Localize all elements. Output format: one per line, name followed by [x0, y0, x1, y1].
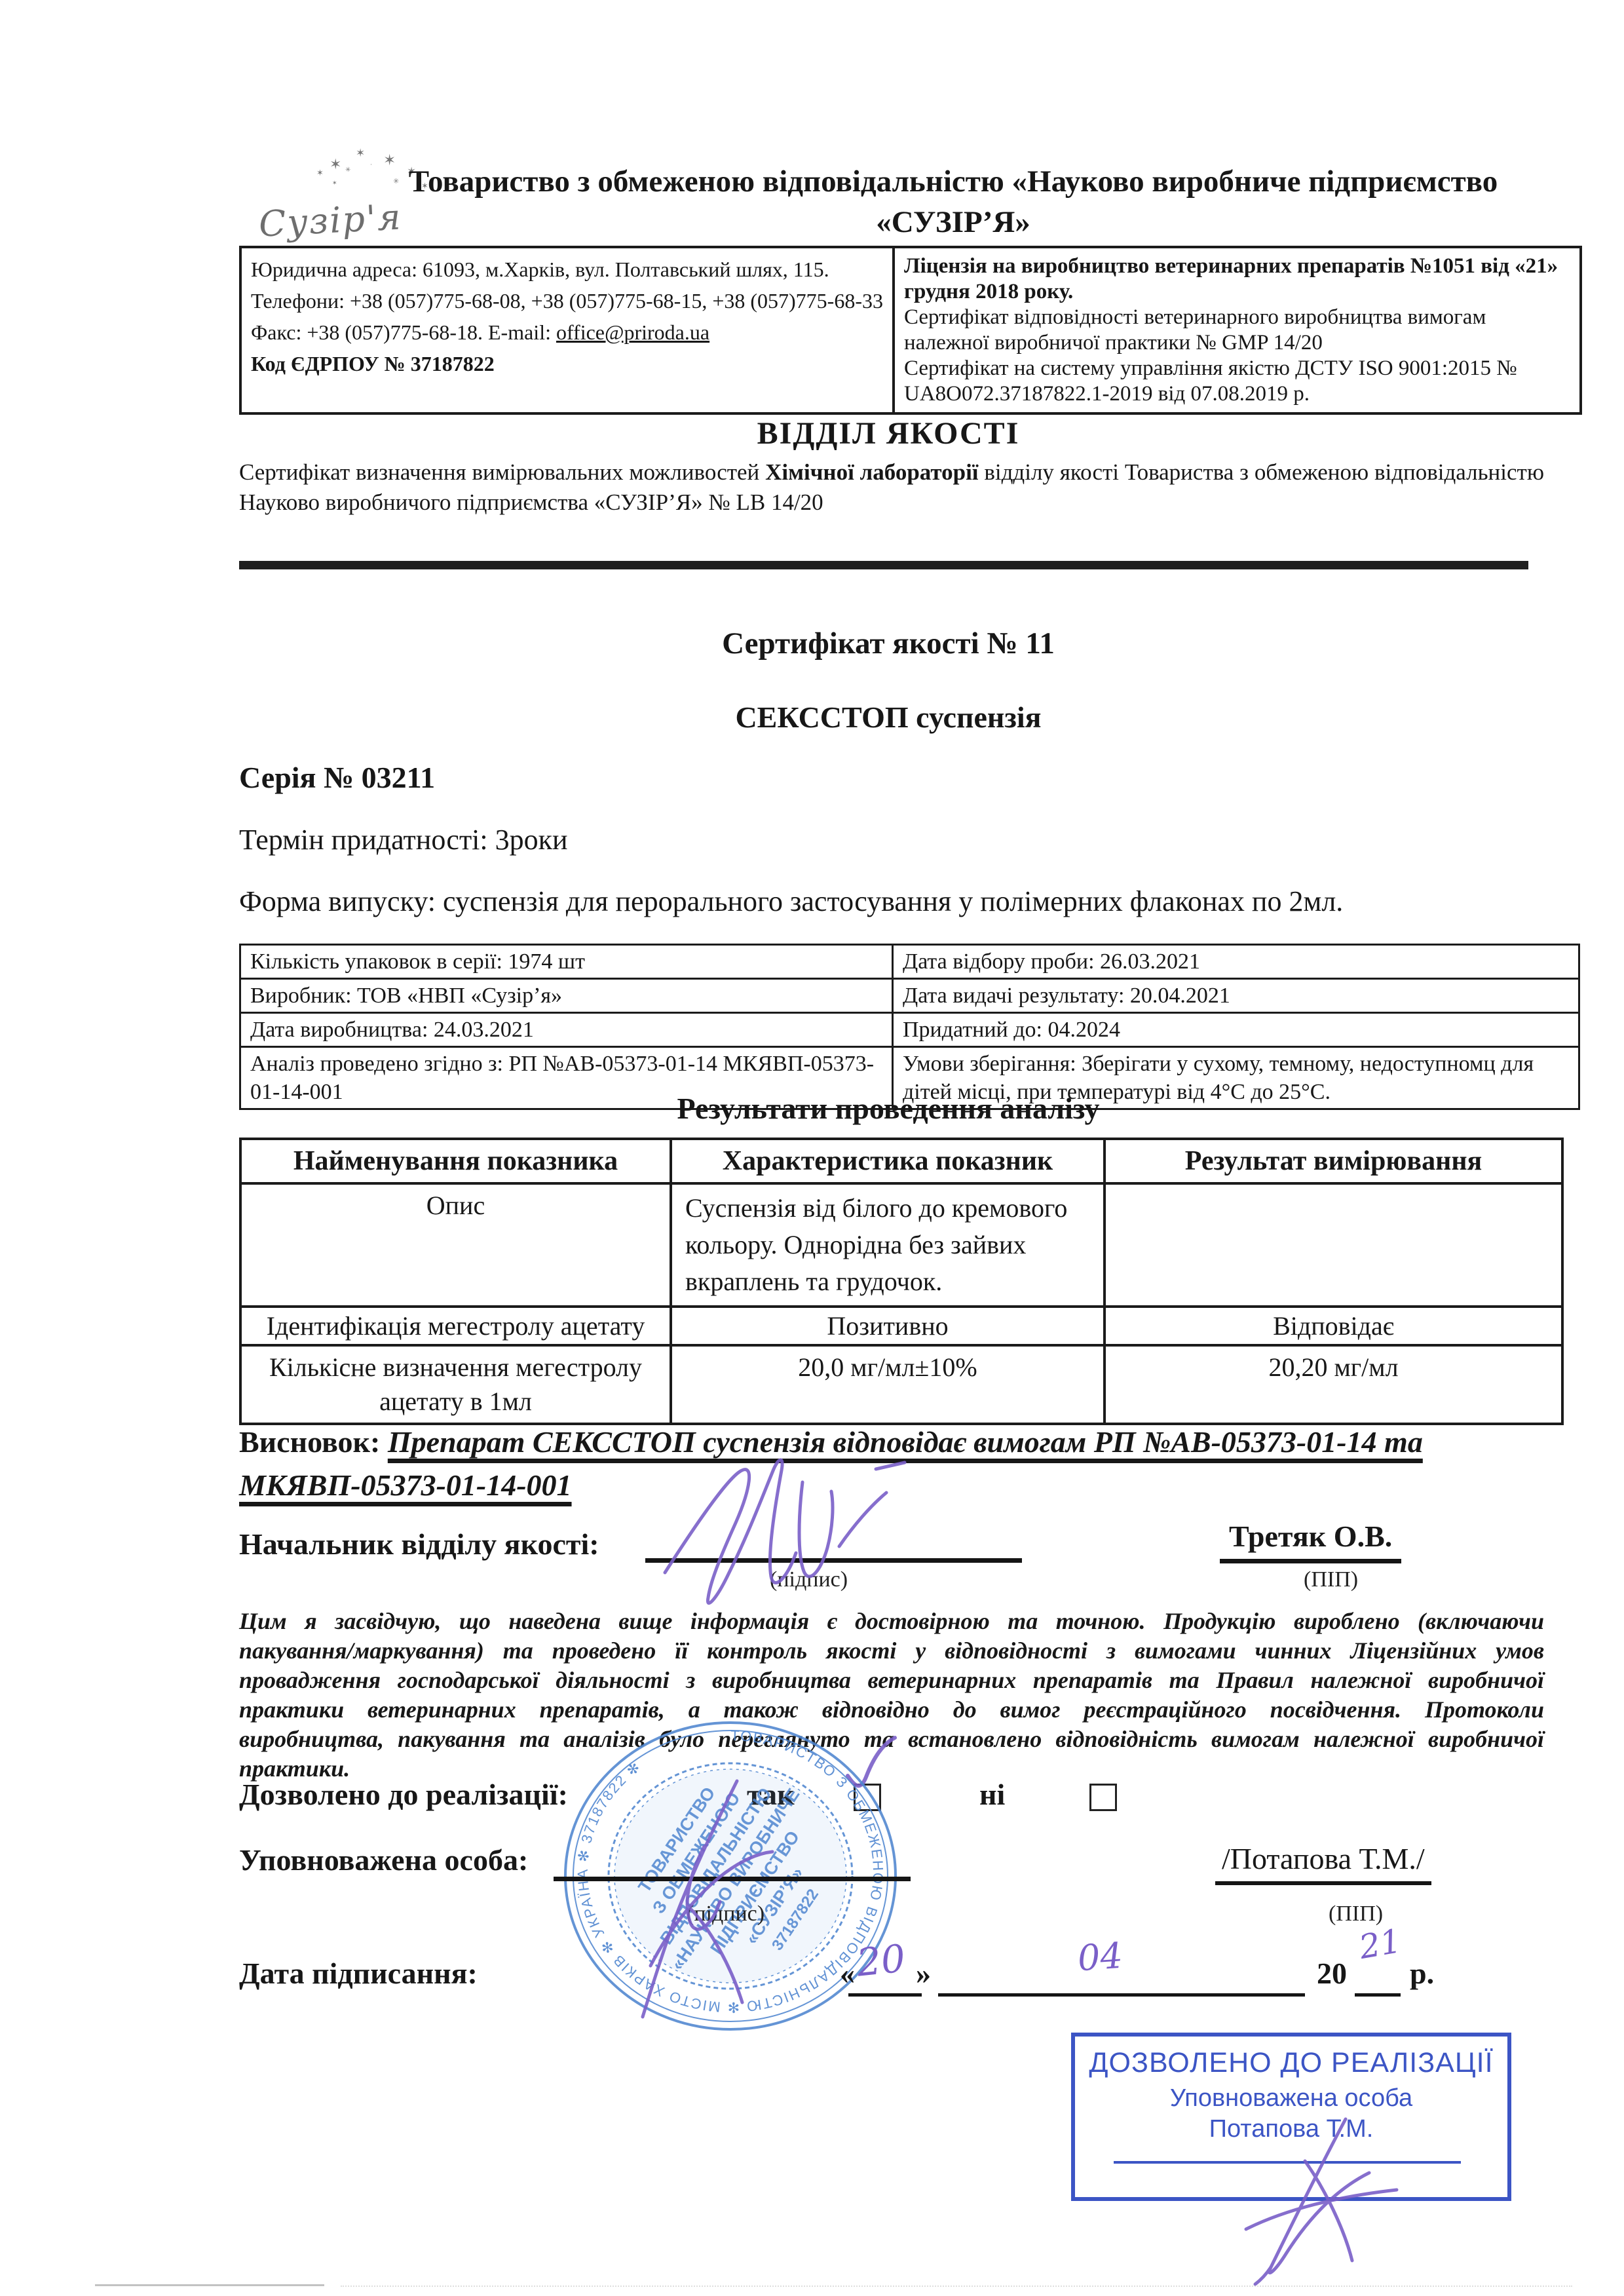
conclusion-label: Висновок:: [239, 1425, 388, 1459]
indicator-result: [1105, 1183, 1562, 1307]
indicator-characteristic: Позитивно: [671, 1307, 1105, 1345]
shelf-life: Термін придатності: 3роки: [239, 823, 568, 856]
analysis-results-table: Найменування показника Характеристика по…: [239, 1138, 1564, 1425]
conclusion-text: Препарат СЕКССТОП суспензія відповідає в…: [239, 1425, 1423, 1502]
quality-certificate-document: ✶ ✶ ✶ ✶ ✶ ✶ ✳ · ✳ ✶ Сузір'я Товариство з…: [0, 0, 1624, 2296]
manufacturer-cell: Виробник: ТОВ «НВП «Сузір’я»: [240, 979, 893, 1013]
product-name: СЕКССТОП суспензія: [239, 700, 1538, 735]
month-underline: [938, 1993, 1305, 1997]
table-row: Кількість упаковок в серії: 1974 шт Дата…: [240, 945, 1579, 979]
indicator-characteristic: 20,0 мг/мл±10%: [671, 1345, 1105, 1424]
star-icon: ✳: [345, 166, 350, 174]
gmp-certificate-text: Сертифікат відповідності ветеринарного в…: [904, 305, 1570, 356]
signing-date-label: Дата підписання:: [239, 1956, 478, 1991]
table-row: Юридична адреса: 61093, м.Харків, вул. П…: [240, 247, 1581, 413]
horizontal-rule: [239, 561, 1528, 569]
company-contacts-cell: Юридична адреса: 61093, м.Харків, вул. П…: [240, 247, 894, 413]
scan-artifact-line: [341, 2286, 1572, 2287]
company-title-line2: «СУЗІР’Я»: [367, 202, 1539, 242]
sample-date-cell: Дата відбору проби: 26.03.2021: [893, 945, 1579, 979]
table-row: Дата виробництва: 24.03.2021 Придатний д…: [240, 1013, 1579, 1047]
signature-line: [554, 1877, 911, 1881]
series-number: Серія № 03211: [239, 760, 435, 795]
release-label: Дозволено до реалізації:: [239, 1777, 568, 1812]
year-prefix: 20: [1317, 1956, 1347, 1991]
handwritten-year: 21: [1356, 1922, 1404, 1966]
company-info-table: Юридична адреса: 61093, м.Харків, вул. П…: [239, 246, 1582, 415]
date-open-quote: «: [840, 1956, 855, 1991]
results-section-title: Результати проведення аналізу: [239, 1091, 1538, 1126]
packs-count-cell: Кількість упаковок в серії: 1974 шт: [240, 945, 893, 979]
lab-cert-prefix: Сертифікат визначення вимірювальних можл…: [239, 459, 765, 485]
edrpou-code: Код ЄДРПОУ № 37187822: [251, 348, 883, 379]
legal-address: Юридична адреса: 61093, м.Харків, вул. П…: [251, 258, 829, 281]
indicator-name: Кількісне визначення мегестролу ацетату …: [240, 1345, 671, 1424]
conclusion-paragraph: Висновок: Препарат СЕКССТОП суспензія ві…: [239, 1421, 1546, 1507]
license-text: Ліцензія на виробництво ветеринарних пре…: [904, 254, 1570, 305]
scan-artifact-line: [95, 2284, 324, 2286]
release-form: Форма випуску: суспензія для пероральног…: [239, 885, 1343, 918]
no-checkbox: [1089, 1784, 1117, 1811]
signature-line: [645, 1558, 1022, 1563]
star-icon: ✶: [330, 156, 341, 173]
indicator-result: Відповідає: [1105, 1307, 1562, 1345]
stamp-role: Уповноважена особа: [1075, 2084, 1507, 2113]
qa-head-name: Третяк О.В.: [1220, 1519, 1401, 1563]
name-caption: (ПІП): [1329, 1902, 1383, 1926]
column-header-characteristic: Характеристика показник: [671, 1139, 1105, 1183]
stamp-person: Потапова Т.М.: [1075, 2115, 1507, 2143]
indicator-characteristic: Суспензія від білого до кремового кольор…: [671, 1183, 1105, 1307]
signature-caption: (підпис): [687, 1902, 765, 1926]
company-title: Товариство з обмеженою відповідальністю …: [367, 161, 1539, 242]
table-header-row: Найменування показника Характеристика по…: [240, 1139, 1562, 1183]
day-underline: [848, 1993, 922, 1997]
table-row: Ідентифікація мегестролу ацетату Позитив…: [240, 1307, 1562, 1345]
column-header-name: Найменування показника: [240, 1139, 671, 1183]
iso-certificate-text: Сертифікат на систему управління якістю …: [904, 356, 1570, 407]
star-icon: ✶: [316, 168, 324, 178]
production-date-cell: Дата виробництва: 24.03.2021: [240, 1013, 893, 1047]
star-icon: ✶: [332, 180, 337, 187]
handwritten-month: 04: [1076, 1935, 1124, 1980]
result-date-cell: Дата видачі результату: 20.04.2021: [893, 979, 1579, 1013]
name-caption: (ПІП): [1304, 1567, 1358, 1592]
table-row: Виробник: ТОВ «НВП «Сузір’я» Дата видачі…: [240, 979, 1579, 1013]
batch-details-table: Кількість упаковок в серії: 1974 шт Дата…: [239, 944, 1580, 1110]
authorized-person-name: /Потапова Т.М./: [1215, 1841, 1431, 1885]
lab-certificate-paragraph: Сертифікат визначення вимірювальних можл…: [239, 457, 1544, 518]
indicator-name: Опис: [240, 1183, 671, 1307]
company-title-line1: Товариство з обмеженою відповідальністю …: [367, 161, 1539, 202]
stamp-title: ДОЗВОЛЕНО ДО РЕАЛІЗАЦІЇ: [1075, 2047, 1507, 2079]
star-icon: ✶: [356, 147, 365, 160]
column-header-result: Результат вимірювання: [1105, 1139, 1562, 1183]
email-text: office@priroda.ua: [556, 320, 709, 344]
indicator-name: Ідентифікація мегестролу ацетату: [240, 1307, 671, 1345]
signature-caption: (підпис): [770, 1567, 848, 1592]
certificate-title: Сертифікат якості № 11: [239, 626, 1538, 661]
date-close-quote: »: [916, 1956, 931, 1991]
year-suffix: р.: [1410, 1956, 1434, 1991]
release-no-label: ні: [979, 1777, 1005, 1812]
expiry-date-cell: Придатний до: 04.2024: [893, 1013, 1579, 1047]
lab-cert-bold: Хімічної лабораторії: [765, 459, 978, 485]
authorized-person-label: Уповноважена особа:: [239, 1843, 528, 1877]
department-title: ВІДДІЛ ЯКОСТІ: [239, 415, 1538, 451]
qa-head-label: Начальник відділу якості:: [239, 1527, 599, 1561]
indicator-result: 20,20 мг/мл: [1105, 1345, 1562, 1424]
handwritten-day: 20: [855, 1936, 908, 1985]
release-approval-stamp: ДОЗВОЛЕНО ДО РЕАЛІЗАЦІЇ Уповноважена осо…: [1071, 2033, 1511, 2201]
company-licenses-cell: Ліцензія на виробництво ветеринарних пре…: [894, 247, 1581, 413]
stamp-signature-line: [1114, 2161, 1461, 2164]
table-row: Кількісне визначення мегестролу ацетату …: [240, 1345, 1562, 1424]
table-row: Опис Суспензія від білого до кремового к…: [240, 1183, 1562, 1307]
year-underline: [1355, 1993, 1401, 1997]
